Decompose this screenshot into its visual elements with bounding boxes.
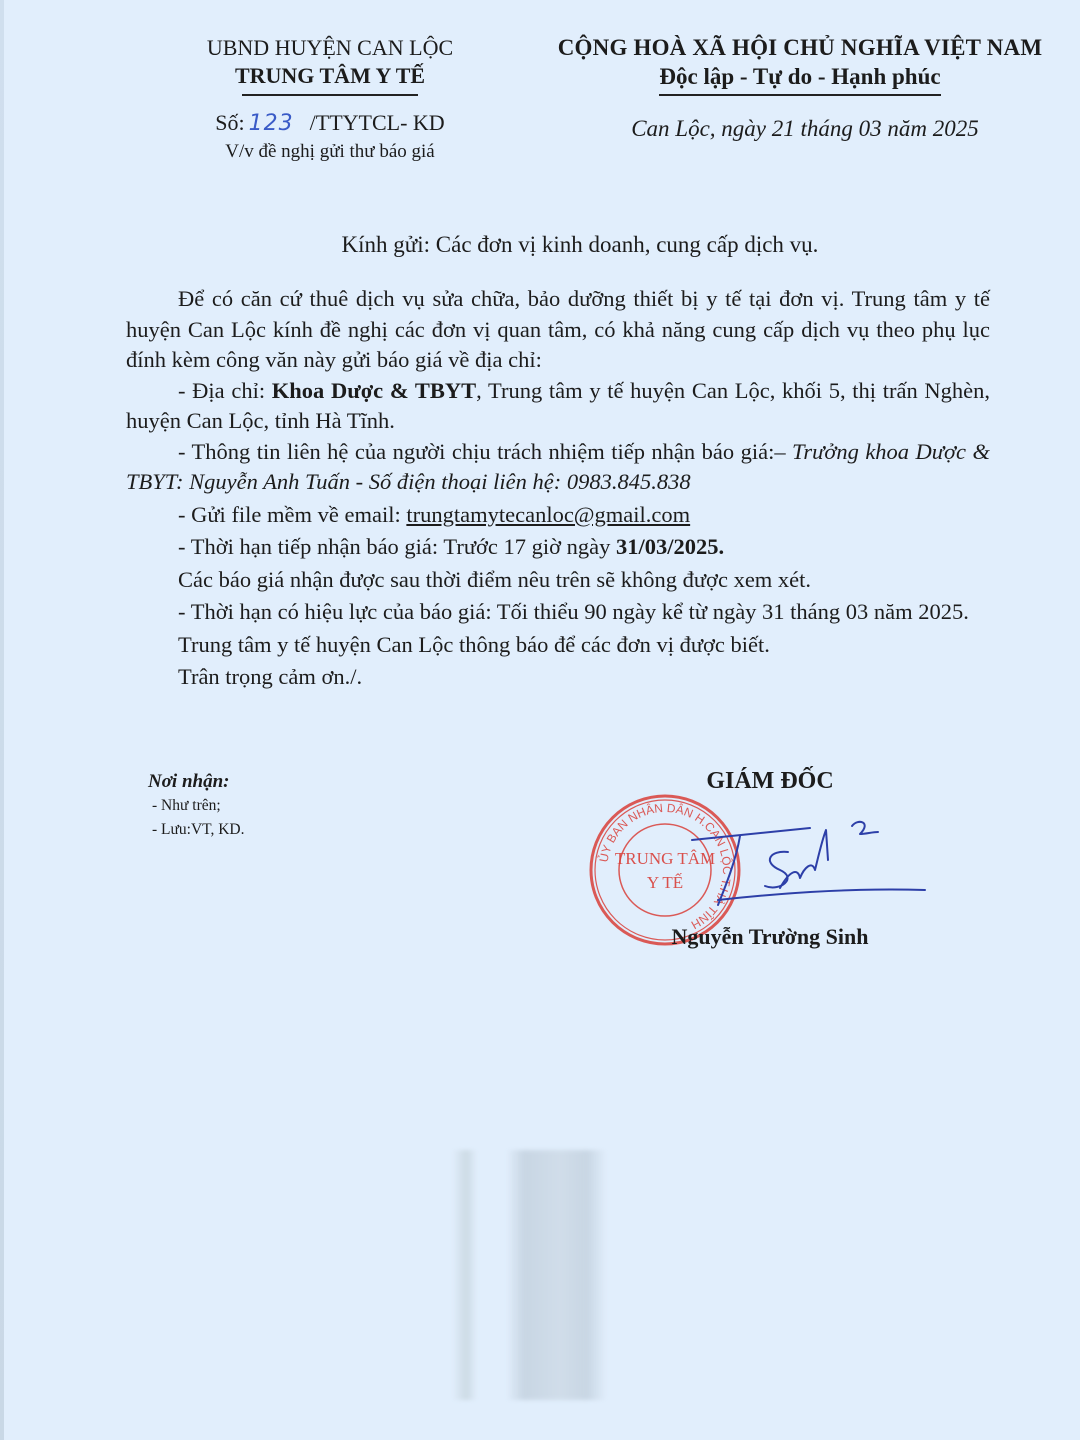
scan-artifact (452, 1150, 632, 1400)
issuer-header: UBND HUYỆN CAN LỘC TRUNG TÂM Y TẾ (170, 34, 490, 96)
contact-prefix: - Thông tin liên hệ của người chịu trách… (178, 439, 774, 464)
deadline-paragraph: - Thời hạn tiếp nhận báo giá: Trước 17 g… (126, 532, 990, 563)
email-link[interactable]: trungtamytecanloc@gmail.com (406, 502, 690, 527)
document-subject: V/v đề nghị gửi thư báo giá (170, 140, 490, 164)
national-header: CỘNG HOÀ XÃ HỘI CHỦ NGHĨA VIỆT NAM Độc l… (540, 34, 1060, 96)
signatory-title: GIÁM ĐỐC (620, 768, 920, 795)
late-note: Các báo giá nhận được sau thời điểm nêu … (126, 565, 990, 596)
closing-line: Trân trọng cảm ơn./. (126, 662, 990, 693)
recipient-item: - Lưu:VT, KD. (148, 818, 408, 842)
header-rule (242, 94, 418, 96)
address-paragraph: - Địa chỉ: Khoa Dược & TBYT, Trung tâm y… (126, 376, 990, 437)
notice-paragraph: Trung tâm y tế huyện Can Lộc thông báo đ… (126, 630, 990, 661)
authority-name: UBND HUYỆN CAN LỘC (170, 34, 490, 62)
deadline-date: 31/03/2025. (616, 534, 724, 559)
validity-paragraph: - Thời hạn có hiệu lực của báo giá: Tối … (126, 597, 990, 628)
handwritten-signature-icon (640, 800, 940, 920)
deadline-prefix: - Thời hạn tiếp nhận báo giá: Trước 17 g… (178, 534, 616, 559)
handwritten-number: 123 (249, 111, 294, 136)
national-motto: Độc lập - Tự do - Hạnh phúc (659, 62, 940, 96)
unit-name: TRUNG TÂM Y TẾ (170, 62, 490, 90)
intro-paragraph: Để có căn cứ thuê dịch vụ sửa chữa, bảo … (126, 284, 990, 376)
contact-paragraph: - Thông tin liên hệ của người chịu trách… (126, 437, 990, 498)
salutation: Kính gửi: Các đơn vị kinh doanh, cung cấ… (150, 230, 1010, 260)
document-number: Số:123/TTYTCL- KD (170, 108, 490, 139)
scan-edge (0, 0, 4, 1440)
signatory-name: Nguyễn Trường Sinh (620, 924, 920, 950)
address-prefix: - Địa chỉ: (178, 378, 272, 403)
address-department: Khoa Dược & TBYT (272, 378, 476, 403)
email-prefix: - Gửi file mềm về email: (178, 502, 406, 527)
recipients-title: Nơi nhận: (148, 770, 408, 794)
recipients-block: Nơi nhận: - Như trên; - Lưu:VT, KD. (148, 770, 408, 842)
letter-body: Để có căn cứ thuê dịch vụ sửa chữa, bảo … (126, 284, 990, 693)
recipient-item: - Như trên; (148, 794, 408, 818)
email-paragraph: - Gửi file mềm về email: trungtamytecanl… (126, 500, 990, 531)
place-date: Can Lộc, ngày 21 tháng 03 năm 2025 (560, 114, 1050, 144)
nation-title: CỘNG HOÀ XÃ HỘI CHỦ NGHĨA VIỆT NAM (540, 34, 1060, 62)
number-suffix: /TTYTCL- KD (310, 110, 445, 135)
number-label: Số: (215, 110, 244, 135)
